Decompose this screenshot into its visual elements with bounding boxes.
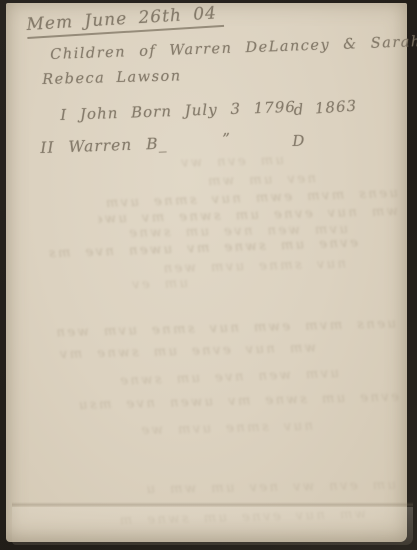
manuscript-entry-2-ditto-mark: ” (222, 130, 231, 148)
manuscript-page: um evn wv nev um wm uens mvm ewm nuv smn… (6, 3, 407, 542)
manuscript-line-children-2: Rebeca Lawson (42, 68, 182, 88)
bleedthrough-line: uens mvm ewm nuv smne uvm wen nve um swn… (51, 316, 396, 342)
paper-bottom-strip (12, 507, 413, 545)
bleedthrough-line: um evn wv (134, 153, 284, 174)
manuscript-line-children-1: Children of Warren DeLancey & Sarah (50, 34, 417, 63)
manuscript-entry-1-death-date: d 1863 (293, 97, 358, 119)
bleedthrough-line: um ev (118, 276, 188, 295)
scan-background: um evn wv nev um wm uens mvm ewm nuv smn… (0, 0, 417, 550)
bleedthrough-line: nuv smne uvm wen (138, 419, 313, 441)
manuscript-entry-1: I John Born July 3 1796 (60, 98, 296, 124)
bleedthrough-line: uvm wen nve um swne mv (114, 366, 339, 391)
bleedthrough-line: wm nuv evne um swne mv uwen (51, 341, 316, 365)
manuscript-date-header: Mem June 26th 04 (26, 3, 224, 39)
manuscript-entry-2: II Warren B_ (40, 135, 168, 157)
bleedthrough-line: um evn wv nev um wm uens mvm ewm (146, 478, 396, 499)
bleedthrough-line: evne um swne mv uwen nve msu wen um nve (64, 390, 399, 416)
manuscript-entry-2-death-mark: D (292, 132, 306, 150)
